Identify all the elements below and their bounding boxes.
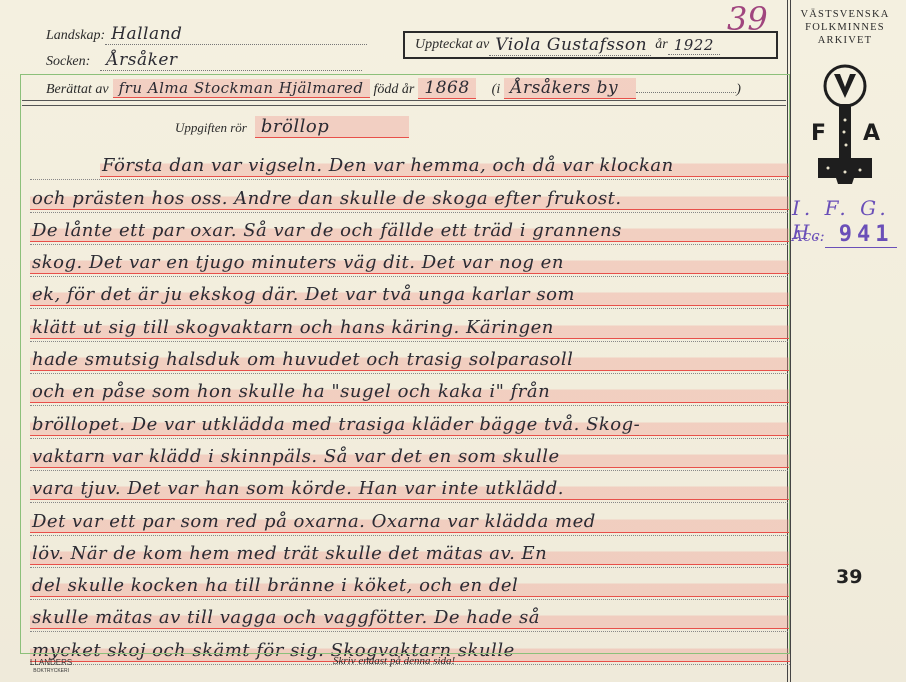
narrative-line: Första dan var vigseln. Den var hemma, o… xyxy=(30,148,790,180)
born-label: född år xyxy=(370,82,415,98)
landskap-field: Landskap: Halland xyxy=(46,24,367,45)
narrative-line: löv. När de kom hem med trät skulle det … xyxy=(30,536,790,568)
narrative-line: vara tjuv. Det var han som körde. Han va… xyxy=(30,471,790,503)
narrator-field: Berättat av fru Alma Stockman Hjälmared … xyxy=(46,78,741,99)
narrative-line: ek, för det är ju ekskog där. Det var tv… xyxy=(30,277,790,309)
handwritten-narrative: Första dan var vigseln. Den var hemma, o… xyxy=(30,148,790,665)
place-open-paren: (i xyxy=(476,82,501,98)
socken-label: Socken: xyxy=(46,54,100,70)
narrative-line-text: skog. Det var en tjugo minuters väg dit.… xyxy=(30,252,790,274)
column-divider xyxy=(790,0,791,682)
header-double-rule xyxy=(22,100,786,106)
narrative-line-text: löv. När de kom hem med trät skulle det … xyxy=(30,543,790,565)
narrative-line: skog. Det var en tjugo minuters väg dit.… xyxy=(30,245,790,277)
recorder-box: Uppteckat av Viola Gustafsson år 1922 xyxy=(403,31,778,59)
birthplace-blank xyxy=(636,92,736,93)
landskap-label: Landskap: xyxy=(46,28,105,44)
narrative-line-text: ek, för det är ju ekskog där. Det var tv… xyxy=(30,284,790,306)
narrative-line: del skulle kocken ha till bränne i köket… xyxy=(30,568,790,600)
narrative-line-text: klätt ut sig till skogvaktarn och hans k… xyxy=(30,317,790,339)
narrative-line-text: Första dan var vigseln. Den var hemma, o… xyxy=(100,155,790,177)
recorder-label: Uppteckat av xyxy=(415,37,489,53)
narrative-line: och en påse som hon skulle ha "sugel och… xyxy=(30,374,790,406)
year-label: år xyxy=(651,37,667,53)
narrative-line-text: bröllopet. De var utklädda med trasiga k… xyxy=(30,414,790,436)
landskap-value: Halland xyxy=(105,24,367,45)
year-value: 1922 xyxy=(668,36,720,55)
printer-name: LLANDERS xyxy=(30,659,72,667)
narrative-line-text: skulle mätas av till vagga och vaggfötte… xyxy=(30,607,790,629)
svg-text:A: A xyxy=(863,121,880,146)
printer-mark: LLANDERS BOKTRYCKERI xyxy=(30,659,72,675)
narrative-line: bröllopet. De var utklädda med trasiga k… xyxy=(30,406,790,438)
archive-name-line: VÄSTSVENSKA xyxy=(795,8,895,21)
socken-field: Socken: Årsåker xyxy=(46,50,362,71)
narrative-line: Det var ett par som red på oxarna. Oxarn… xyxy=(30,503,790,535)
archive-name: VÄSTSVENSKA FOLKMINNES ARKIVET xyxy=(795,8,895,47)
footer-instruction: Skriv endast på denna sida! xyxy=(333,655,455,667)
subject-field: Uppgiften rör bröllop xyxy=(175,116,409,138)
subject-label: Uppgiften rör xyxy=(175,120,247,136)
archive-record-page: 39 Landskap: Halland Socken: Årsåker Upp… xyxy=(0,0,906,682)
subject-value: bröllop xyxy=(255,116,409,138)
born-year-value: 1868 xyxy=(418,78,475,99)
narrative-line-text: De lånte ett par oxar. Så var de och fäl… xyxy=(30,220,790,242)
accession-label: Acc: xyxy=(792,227,825,245)
archive-name-line: FOLKMINNES xyxy=(795,21,895,34)
svg-text:F: F xyxy=(811,121,826,146)
narrator-value: fru Alma Stockman Hjälmared xyxy=(113,79,370,98)
narrative-line: skulle mätas av till vagga och vaggfötte… xyxy=(30,600,790,632)
narrative-line-text: vaktarn var klädd i skinnpäls. Så var de… xyxy=(30,446,790,468)
narrative-line-text: vara tjuv. Det var han som körde. Han va… xyxy=(30,478,790,500)
printer-sub: BOKTRYCKERI xyxy=(30,667,72,675)
accession-stamp: Acc: 941 xyxy=(792,222,897,248)
stamped-page-number: 39 xyxy=(836,566,862,588)
narrative-line: klätt ut sig till skogvaktarn och hans k… xyxy=(30,309,790,341)
narrative-line-text: Det var ett par som red på oxarna. Oxarn… xyxy=(30,511,790,533)
socken-value: Årsåker xyxy=(100,50,362,71)
narrative-line-text: hade smutsig halsduk om huvudet och tras… xyxy=(30,349,790,371)
recorder-value: Viola Gustafsson xyxy=(489,35,651,56)
narrator-label: Berättat av xyxy=(46,82,109,98)
accession-number: 941 xyxy=(825,222,898,248)
birthplace-value: Årsåkers by xyxy=(504,78,636,99)
narrative-line: och prästen hos oss. Andre dan skulle de… xyxy=(30,180,790,212)
narrative-line-text: och prästen hos oss. Andre dan skulle de… xyxy=(30,188,790,210)
narrative-line: De lånte ett par oxar. Så var de och fäl… xyxy=(30,213,790,245)
vfa-hammer-logo-icon: F A xyxy=(808,60,888,190)
narrative-line-text: del skulle kocken ha till bränne i köket… xyxy=(30,575,790,597)
place-close-paren: ) xyxy=(736,82,741,98)
archive-name-line: ARKIVET xyxy=(795,34,895,47)
narrative-line: hade smutsig halsduk om huvudet och tras… xyxy=(30,342,790,374)
narrative-line: vaktarn var klädd i skinnpäls. Så var de… xyxy=(30,439,790,471)
narrative-line-text: och en påse som hon skulle ha "sugel och… xyxy=(30,381,790,403)
